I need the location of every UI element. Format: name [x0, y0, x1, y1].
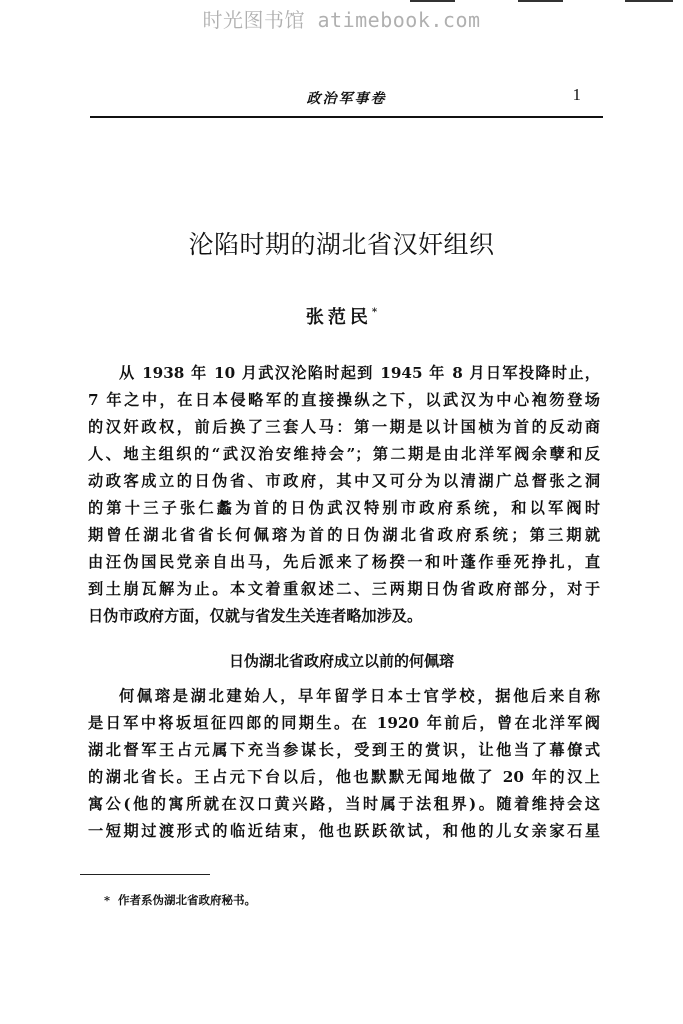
text-line: 寓公(他的寓所就在汉口黄兴路，当时属于法租界)。随着维持会这	[88, 791, 600, 818]
author-footnote-mark: *	[372, 307, 377, 318]
section-heading: 日伪湖北省政府成立以前的何佩瑢	[0, 650, 683, 671]
text-line: 由汪伪国民党亲自出马，先后派来了杨揆一和叶蓬作垂死挣扎，直	[88, 549, 600, 576]
text-line: 何佩瑢是湖北建始人，早年留学日本士官学校，据他后来自称	[88, 683, 600, 710]
footnote-mark: *	[104, 893, 110, 907]
author-name: 张范民	[306, 307, 372, 328]
top-edge-rule	[410, 0, 455, 2]
text-line: 的第十三子张仁蠡为首的日伪武汉特别市政府系统，和以军阀时	[88, 495, 600, 522]
text-line: 的湖北省长。王占元下台以后，他也默默无闻地做了 20 年的汉上	[88, 764, 600, 791]
author-line: 张范民*	[0, 303, 683, 329]
text-line: 是日军中将坂垣征四郎的同期生。在 1920 年前后，曾在北洋军阀	[88, 710, 600, 737]
footnote: *作者系伪湖北省政府秘书。	[104, 892, 256, 908]
text-line: 一短期过渡形式的临近结束，他也跃跃欲试，和他的儿女亲家石星	[88, 818, 600, 845]
text-line: 从 1938 年 10 月武汉沦陷时起到 1945 年 8 月日军投降时止，	[88, 360, 600, 387]
text-line: 的汉奸政权，前后换了三套人马：第一期是以计国桢为首的反动商	[88, 414, 600, 441]
running-head-title: 政治军事卷	[90, 88, 603, 108]
text-line: 湖北督军王占元属下充当参谋长，受到王的赏识，让他当了幕僚式	[88, 737, 600, 764]
header-rule	[90, 116, 603, 118]
watermark: 时光图书馆 atimebook.com	[0, 4, 683, 33]
paragraph-intro: 从 1938 年 10 月武汉沦陷时起到 1945 年 8 月日军投降时止， 7…	[88, 360, 600, 630]
article-title: 沦陷时期的湖北省汉奸组织	[0, 225, 683, 261]
text-line: 日伪市政府方面，仅就与省发生关连者略加涉及。	[88, 603, 600, 630]
footnote-text: 作者系伪湖北省政府秘书。	[118, 893, 256, 907]
text-line: 人、地主组织的“武汉治安维持会”；第二期是由北洋军阀余孽和反	[88, 441, 600, 468]
paragraph-he-peirong: 何佩瑢是湖北建始人，早年留学日本士官学校，据他后来自称 是日军中将坂垣征四郎的同…	[88, 683, 600, 845]
footnote-rule	[80, 874, 210, 875]
text-line: 7 年之中，在日本侵略军的直接操纵之下，以武汉为中心袍笏登场	[88, 387, 600, 414]
text-line: 到土崩瓦解为止。本文着重叙述二、三两期日伪省政府部分，对于	[88, 576, 600, 603]
page-number: 1	[573, 85, 582, 105]
top-edge-rule	[625, 0, 673, 2]
top-edge-rule	[518, 0, 563, 2]
text-line: 期曾任湖北省省长何佩瑢为首的日伪湖北省政府系统；第三期就	[88, 522, 600, 549]
text-line: 动政客成立的日伪省、市政府，其中又可分为以清湖广总督张之洞	[88, 468, 600, 495]
running-head: 政治军事卷 1	[90, 88, 603, 116]
